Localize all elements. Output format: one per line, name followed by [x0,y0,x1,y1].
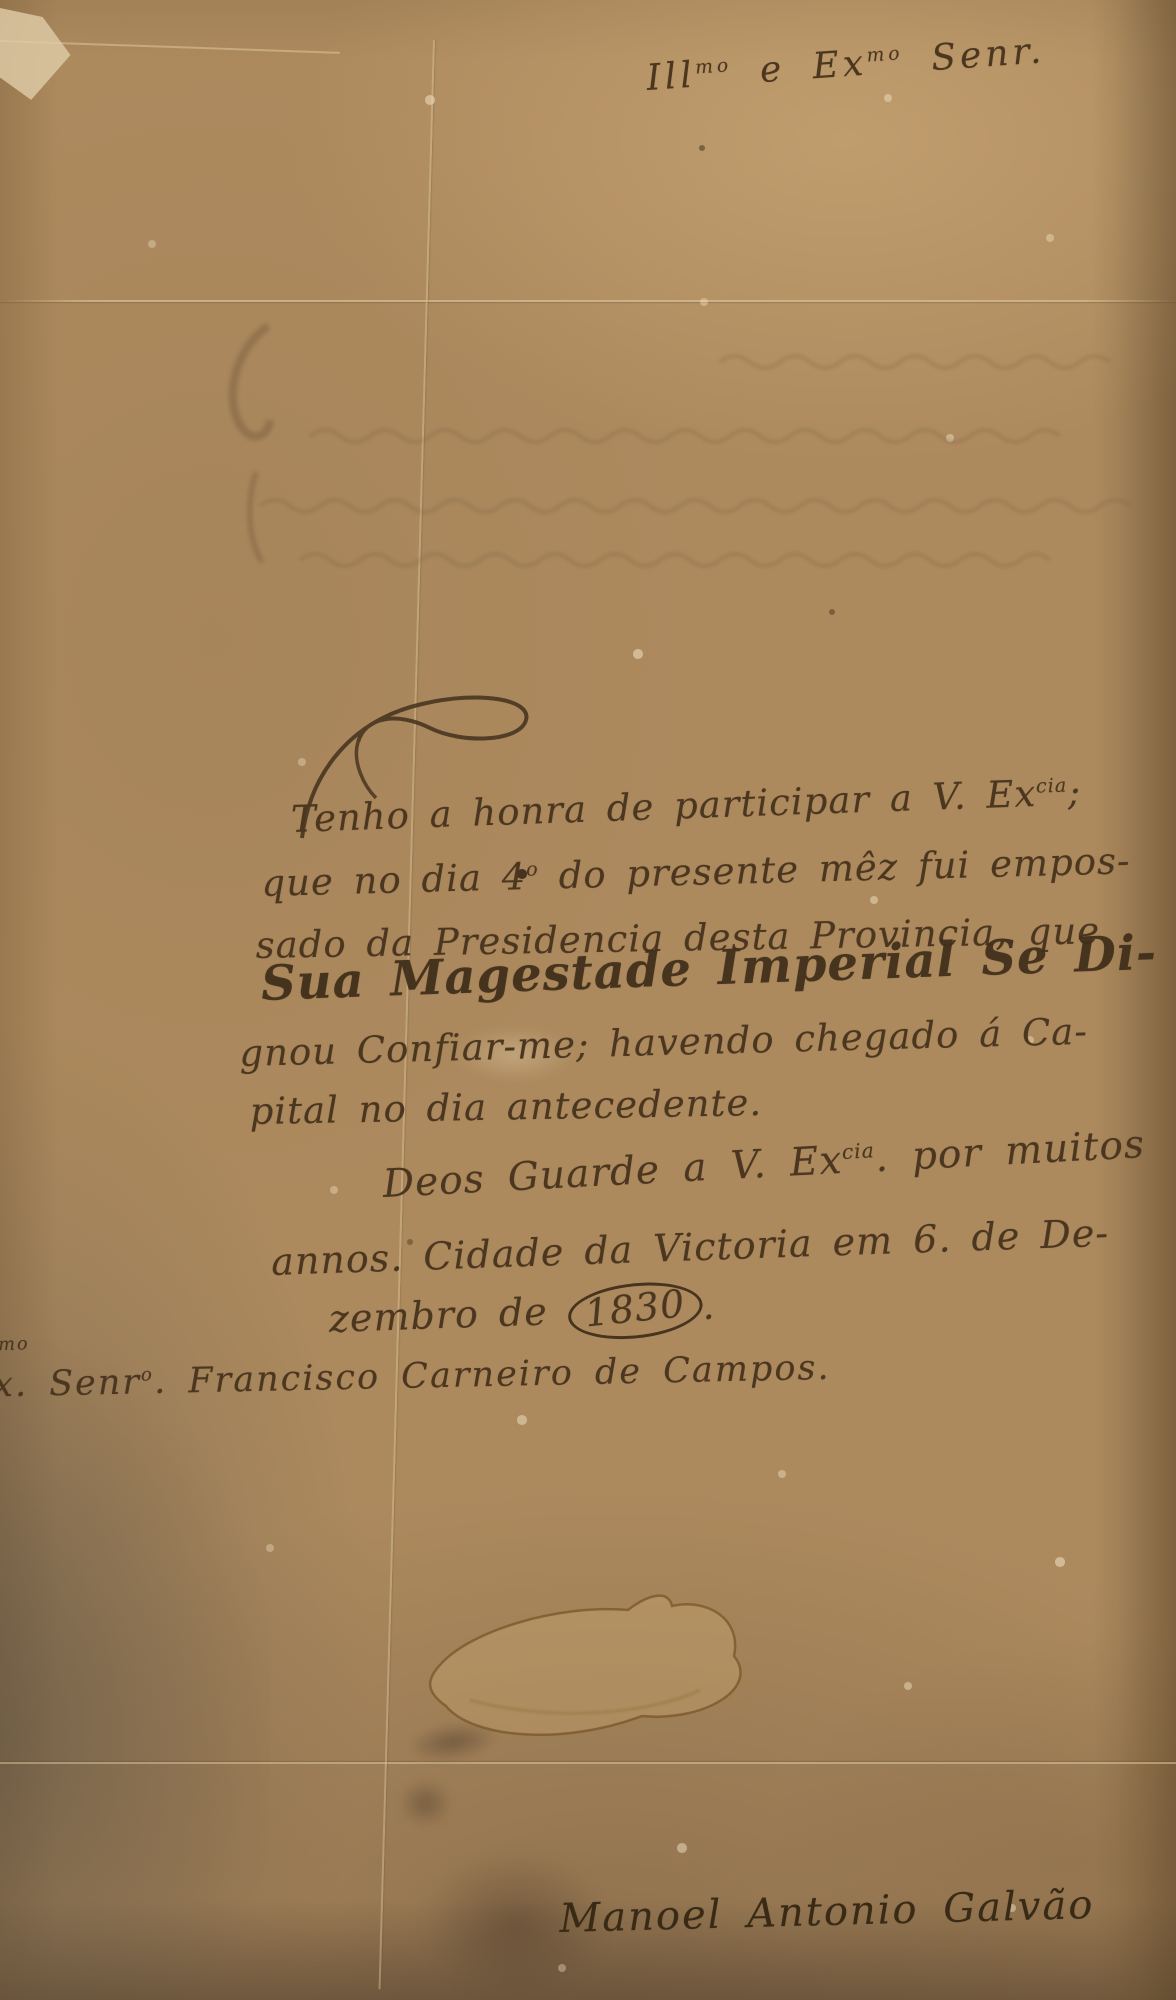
text-segment: Ill [645,55,697,99]
text-segment: annos. Cidade da Victoria em 6. de De- [270,1211,1109,1284]
superscript-segment: cia [1035,774,1067,798]
text-segment: Ex. Senr [0,1362,141,1406]
letter-heading: Illmo e Exmo Senr. [645,30,1046,99]
fold-crease-horizontal-upper [0,300,1176,302]
superscript-segment: cia [841,1138,875,1164]
text-segment: gnou Confiar-me; havendo chegado á Ca- [239,1010,1088,1075]
closing-line-1: Deos Guarde a V. Excia. por muitos [382,1122,1146,1207]
water-stain [430,1596,740,1735]
body-line-1: Tenho a honra de participar a V. Excia; [290,770,1081,841]
manuscript-letter-page: Illmo e Exmo Senr. Tenho a honra de part… [0,0,1176,2000]
text-segment: Senr. [903,30,1047,81]
ghost-ink-curl [233,326,270,562]
superscript-segment: o [526,857,539,880]
dark-smudge [398,1778,453,1828]
text-segment: e Ex [731,43,868,93]
text-segment: Manoel Antonio Galvão [559,1882,1095,1942]
superscript-segment: mo [694,55,732,79]
text-segment: pital no dia antecedente. [249,1081,762,1133]
show-through-text [260,356,1130,566]
text-segment: zembro de [328,1289,568,1341]
paper-speckles [0,0,4,4]
superscript-segment: mo [866,43,904,67]
fold-crease-vertical [379,40,435,1989]
text-segment: . [702,1284,717,1328]
text-segment: Deos Guarde a V. Ex [382,1138,844,1207]
paper-discoloration [0,1340,270,2000]
signature: Manoel Antonio Galvão [559,1882,1095,1942]
text-segment: do presente mêz fui empos- [538,839,1131,897]
text-segment: ; [1067,770,1082,813]
body-line-2: que no dia 4o do presente mêz fui empos- [261,839,1131,905]
paper-edge-shading [1092,0,1176,2000]
text-segment: Tenho a honra de participar a V. Ex [290,772,1036,841]
text-segment: que no dia 4 [261,855,527,905]
superscript-segment: o [141,1364,154,1385]
closing-line-2: annos. Cidade da Victoria em 6. de De- [270,1211,1109,1284]
circled-year: 1830 [565,1276,705,1345]
closing-line-3-with-circled-year: zembro de 1830. [328,1281,716,1349]
dark-smudge [403,1716,503,1769]
body-line-6: pital no dia antecedente. [249,1081,762,1133]
torn-corner-patch [0,8,82,120]
superscript-segment: mo [0,1334,30,1355]
body-line-5: gnou Confiar-me; havendo chegado á Ca- [239,1010,1088,1075]
